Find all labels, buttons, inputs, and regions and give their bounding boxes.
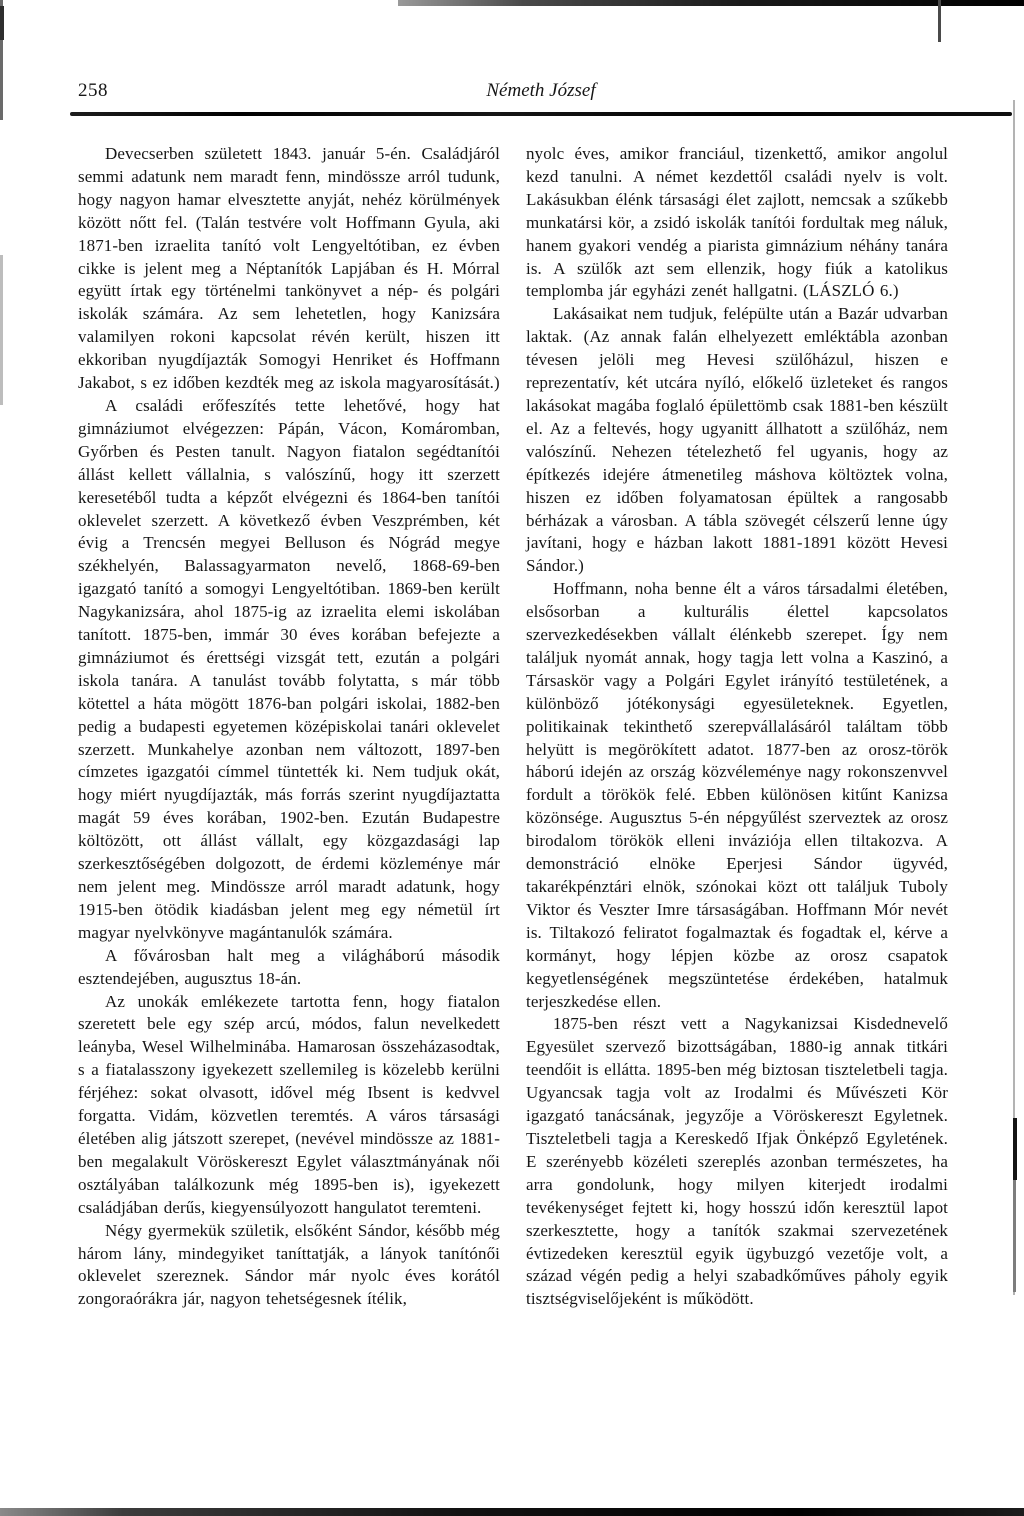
paragraph: 1875-ben részt vett a Nagykanizsai Kisde… bbox=[526, 1013, 948, 1311]
text-columns: Devecserben született 1843. január 5-én.… bbox=[78, 143, 948, 1311]
header-rule bbox=[70, 112, 1012, 116]
scan-artifact-top-tick bbox=[938, 0, 941, 42]
paragraph: A fővárosban halt meg a világháború máso… bbox=[78, 945, 500, 991]
paragraph: Hoffmann, noha benne élt a város társada… bbox=[526, 578, 948, 1013]
right-column: nyolc éves, amikor franciául, tizenkettő… bbox=[526, 143, 948, 1311]
scan-artifact-right-mid-segment bbox=[1013, 1180, 1016, 1292]
scan-artifact-right-edge bbox=[1013, 100, 1015, 1295]
scan-artifact-right-dark-segment bbox=[1013, 1118, 1017, 1180]
scanned-document-page: 258 Németh József Devecserben született … bbox=[0, 0, 1024, 1516]
paragraph: Az unokák emlékezete tartotta fenn, hogy… bbox=[78, 991, 500, 1220]
page-header: 258 Németh József bbox=[70, 80, 1012, 106]
scan-artifact-left-edge bbox=[0, 0, 3, 120]
scan-artifact-left-mark bbox=[0, 6, 4, 40]
paragraph: Lakásaikat nem tudjuk, felépülte után a … bbox=[526, 303, 948, 578]
paragraph: Négy gyermekük születik, elsőként Sándor… bbox=[78, 1220, 500, 1312]
paragraph: A családi erőfeszítés tette lehetővé, ho… bbox=[78, 395, 500, 945]
scan-artifact-bottom-band bbox=[0, 1508, 1024, 1516]
scan-artifact-left-segment bbox=[0, 255, 3, 405]
left-column: Devecserben született 1843. január 5-én.… bbox=[78, 143, 500, 1311]
scan-artifact-top-band bbox=[398, 0, 1024, 6]
paragraph-continuation: nyolc éves, amikor franciául, tizenkettő… bbox=[526, 143, 948, 303]
paragraph: Devecserben született 1843. január 5-én.… bbox=[78, 143, 500, 395]
running-title: Németh József bbox=[70, 80, 1012, 102]
